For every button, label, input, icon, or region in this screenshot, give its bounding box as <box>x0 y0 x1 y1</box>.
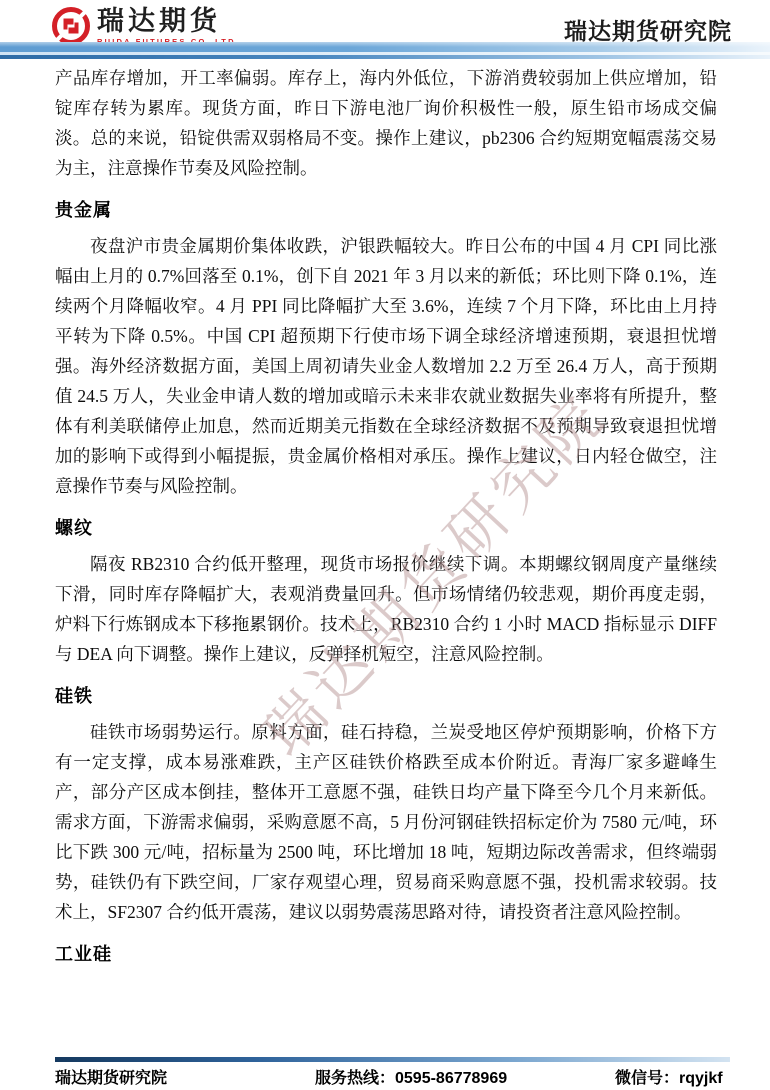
brand-name: 瑞达期货 <box>97 6 240 36</box>
brand-text: 瑞达期货 RUIDA FUTURES CO.,LTD. <box>97 6 240 46</box>
section-heading-industrial-silicon: 工业硅 <box>55 942 717 966</box>
header: 瑞达期货 RUIDA FUTURES CO.,LTD. 瑞达期货研究院 <box>45 6 732 46</box>
divider-band-main <box>0 42 770 52</box>
section-paragraph-ferrosilicon: 硅铁市场弱势运行。原料方面，硅石持稳，兰炭受地区停炉预期影响，价格下方有一定支撑… <box>55 717 717 927</box>
footer-divider <box>55 1057 730 1062</box>
brand-logo: 瑞达期货 RUIDA FUTURES CO.,LTD. <box>51 6 240 46</box>
section-paragraph-rebar: 隔夜 RB2310 合约低开整理，现货市场报价继续下调。本期螺纹钢周度产量继续下… <box>55 549 717 669</box>
footer-hotline: 服务热线：0595-86778969 <box>315 1065 507 1088</box>
intro-paragraph: 产品库存增加，开工率偏弱。库存上，海内外低位，下游消费较弱加上供应增加，铅锭库存… <box>55 63 717 183</box>
section-heading-precious-metals: 贵金属 <box>55 198 717 222</box>
header-divider-bar <box>0 42 770 59</box>
report-page: 瑞达期货 RUIDA FUTURES CO.,LTD. 瑞达期货研究院 瑞达期货… <box>0 0 770 1090</box>
section-heading-ferrosilicon: 硅铁 <box>55 684 717 708</box>
footer-wechat: 微信号：rqyjkf <box>615 1065 723 1088</box>
section-paragraph-precious-metals: 夜盘沪市贵金属期价集体收跌，沪银跌幅较大。昨日公布的中国 4 月 CPI 同比涨… <box>55 231 717 501</box>
section-heading-rebar: 螺纹 <box>55 516 717 540</box>
ruida-logo-icon <box>51 6 91 46</box>
footer-institute: 瑞达期货研究院 <box>55 1065 167 1088</box>
divider-band-dark <box>0 55 770 59</box>
report-body: 产品库存增加，开工率偏弱。库存上，海内外低位，下游消费较弱加上供应增加，铅锭库存… <box>55 63 717 975</box>
footer: 瑞达期货研究院 服务热线：0595-86778969 微信号：rqyjkf <box>55 1065 730 1087</box>
